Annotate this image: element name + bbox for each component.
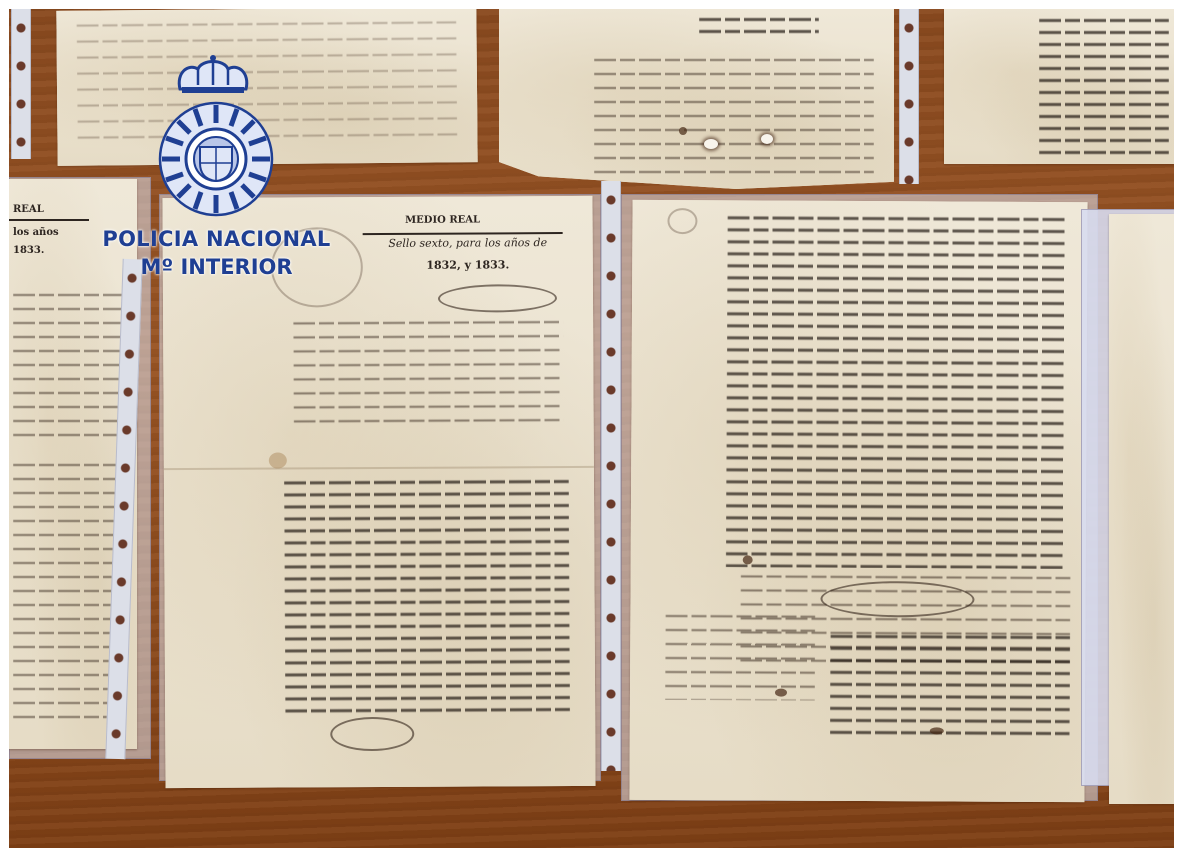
paper-stain xyxy=(269,452,287,468)
handwriting xyxy=(665,610,815,701)
document-header-subtitle: los años xyxy=(13,227,59,238)
handwriting xyxy=(726,212,1068,569)
police-logo: POLICIA NACIONAL Mº INTERIOR xyxy=(84,51,349,291)
crown-icon xyxy=(172,55,254,95)
document-header-years: 1832, y 1833. xyxy=(388,258,548,272)
sleeve-hole-strip xyxy=(601,181,621,771)
signature-flourish xyxy=(438,284,557,313)
document-right xyxy=(629,200,1087,802)
handwriting xyxy=(13,289,123,439)
police-badge-icon xyxy=(156,99,276,219)
handwriting xyxy=(284,476,570,717)
photo: REAL los años 1833. MEDIO REAL Sello sex… xyxy=(9,9,1174,848)
signature-flourish xyxy=(330,717,414,751)
handwriting xyxy=(1039,15,1169,155)
document-header-subtitle: Sello sexto, para los años de xyxy=(368,236,568,250)
paper-fold xyxy=(164,466,594,470)
header-rule xyxy=(9,219,89,221)
ink-stain xyxy=(930,727,944,734)
document-header-title: REAL xyxy=(13,204,44,215)
document-header-title: MEDIO REAL xyxy=(383,214,503,226)
header-rule xyxy=(363,232,563,235)
document-far-right xyxy=(1109,214,1174,804)
document-header-years: 1833. xyxy=(13,245,44,256)
document-top-middle xyxy=(499,9,894,189)
handwriting xyxy=(594,54,874,174)
handwriting xyxy=(13,459,123,729)
document-top-right xyxy=(944,9,1174,164)
paper-damage-hole xyxy=(704,139,718,149)
stamp-seal xyxy=(667,208,697,234)
handwriting xyxy=(830,631,1071,742)
handwriting xyxy=(293,316,564,432)
ink-stain xyxy=(775,689,787,697)
ink-stain xyxy=(679,127,687,135)
sleeve-hole-strip xyxy=(11,9,31,159)
handwriting xyxy=(699,14,819,39)
logo-subtitle: Mº INTERIOR xyxy=(84,255,349,279)
sleeve-hole-strip xyxy=(899,9,919,184)
logo-title: POLICIA NACIONAL xyxy=(84,227,349,251)
paper-damage-hole xyxy=(761,134,773,144)
ink-stain xyxy=(743,555,753,564)
